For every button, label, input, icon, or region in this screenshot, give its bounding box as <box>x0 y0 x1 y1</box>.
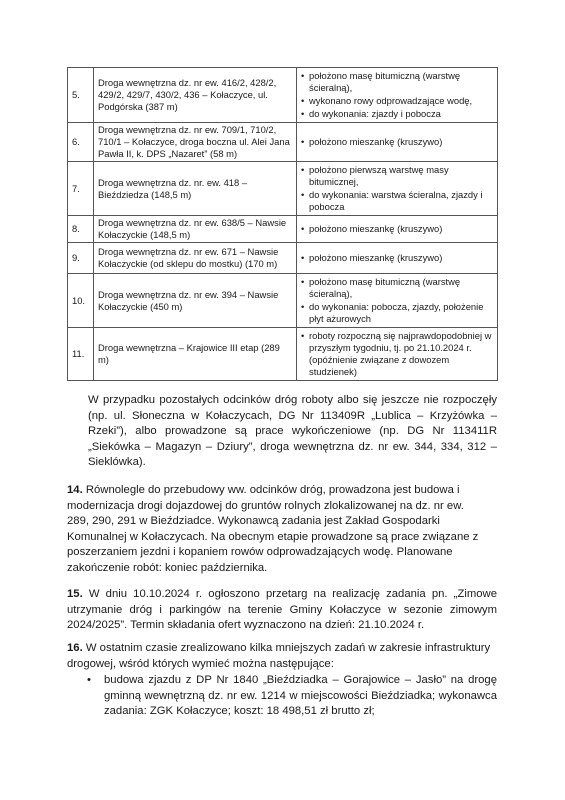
section-number: 15. <box>67 588 83 600</box>
work-status: położono mieszankę (kruszywo) <box>297 216 498 243</box>
section-16-bullet: budowa zjazdu z DP Nr 1840 „Bieździadka … <box>104 673 497 720</box>
status-item: położono mieszankę (kruszywo) <box>301 223 493 235</box>
section-number: 16. <box>67 642 83 654</box>
status-item: wykonano rowy odprowadzające wodę, <box>301 95 493 107</box>
row-number: 7. <box>68 162 94 216</box>
work-status: położono mieszankę (kruszywo) <box>297 123 498 162</box>
table-row: 5.Droga wewnętrzna dz. nr ew. 416/2, 428… <box>68 68 498 123</box>
row-number: 10. <box>68 274 94 328</box>
status-item: do wykonania: warstwa ścieralna, zjazdy … <box>301 189 493 213</box>
work-status: położono pierwszą warstwę masy bitumiczn… <box>297 162 498 216</box>
row-number: 5. <box>68 68 94 123</box>
table-row: 10.Droga wewnętrzna dz. nr ew. 394 – Naw… <box>68 274 498 328</box>
status-item: położono mieszankę (kruszywo) <box>301 136 493 148</box>
row-number: 9. <box>68 243 94 274</box>
intro-paragraph: W przypadku pozostałych odcinków dróg ro… <box>88 393 497 471</box>
road-description: Droga wewnętrzna dz. nr. ew. 418 – Bieźd… <box>94 162 297 216</box>
table-row: 6.Droga wewnętrzna dz. nr ew. 709/1, 710… <box>68 123 498 162</box>
road-description: Droga wewnętrzna dz. nr ew. 709/1, 710/2… <box>94 123 297 162</box>
table-row: 9.Droga wewnętrzna dz. nr ew. 671 – Naws… <box>68 243 498 274</box>
section-text: W ostatnim czasie zrealizowano kilka mni… <box>67 642 490 670</box>
roads-table: 5.Droga wewnętrzna dz. nr ew. 416/2, 428… <box>67 67 498 381</box>
row-number: 11. <box>68 328 94 381</box>
section-14: 14. Równolegle do przebudowy ww. odcinkó… <box>67 483 487 576</box>
row-number: 8. <box>68 216 94 243</box>
section-text: W dniu 10.10.2024 r. ogłoszono przetarg … <box>67 588 497 631</box>
section-number: 14. <box>67 484 83 496</box>
road-description: Droga wewnętrzna dz. nr ew. 638/5 – Naws… <box>94 216 297 243</box>
road-description: Droga wewnętrzna dz. nr ew. 671 – Nawsie… <box>94 243 297 274</box>
row-number: 6. <box>68 123 94 162</box>
section-16: 16. W ostatnim czasie zrealizowano kilka… <box>67 641 497 672</box>
status-item: do wykonania: pobocza, zjazdy, położenie… <box>301 301 493 325</box>
section-text: Równolegle do przebudowy ww. odcinków dr… <box>67 484 478 574</box>
road-description: Droga wewnętrzna – Krajowice III etap (2… <box>94 328 297 381</box>
road-description: Droga wewnętrzna dz. nr ew. 394 – Nawsie… <box>94 274 297 328</box>
table-row: 8.Droga wewnętrzna dz. nr ew. 638/5 – Na… <box>68 216 498 243</box>
section-15: 15. W dniu 10.10.2024 r. ogłoszono przet… <box>67 587 497 634</box>
status-item: położono mieszankę (kruszywo) <box>301 252 493 264</box>
work-status: położono masę bitumiczną (warstwę ściera… <box>297 274 498 328</box>
work-status: położono masę bitumiczną (warstwę ściera… <box>297 68 498 123</box>
status-item: do wykonania: zjazdy i pobocza <box>301 108 493 120</box>
table-row: 11.Droga wewnętrzna – Krajowice III etap… <box>68 328 498 381</box>
status-item: położono pierwszą warstwę masy bitumiczn… <box>301 164 493 188</box>
work-status: położono mieszankę (kruszywo) <box>297 243 498 274</box>
document-page: 5.Droga wewnętrzna dz. nr ew. 416/2, 428… <box>0 0 565 800</box>
table-row: 7.Droga wewnętrzna dz. nr. ew. 418 – Bie… <box>68 162 498 216</box>
status-item: roboty rozpoczną się najprawdopodobniej … <box>301 330 493 378</box>
road-description: Droga wewnętrzna dz. nr ew. 416/2, 428/2… <box>94 68 297 123</box>
status-item: położono masę bitumiczną (warstwę ściera… <box>301 70 493 94</box>
status-item: położono masę bitumiczną (warstwę ściera… <box>301 276 493 300</box>
work-status: roboty rozpoczną się najprawdopodobniej … <box>297 328 498 381</box>
